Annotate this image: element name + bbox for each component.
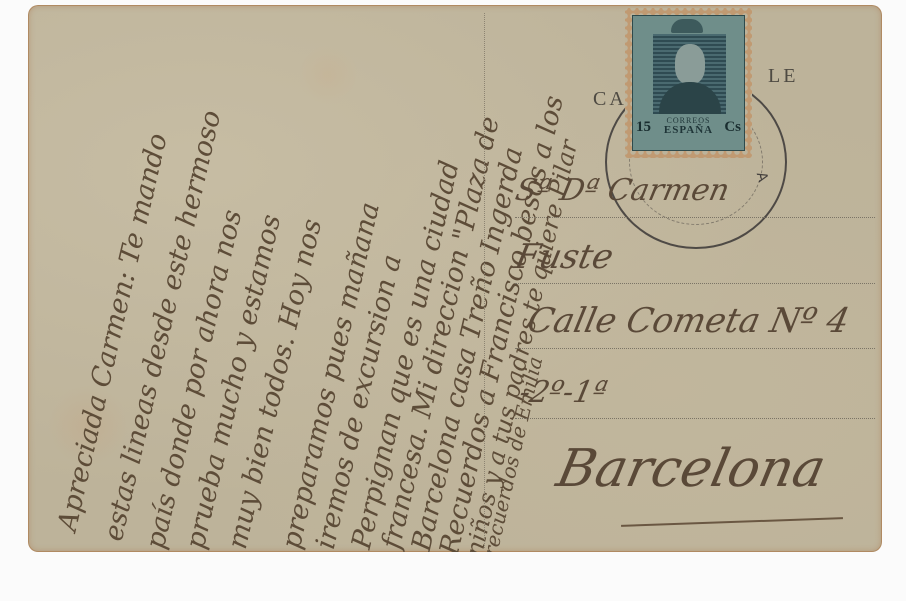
- king-portrait: [653, 34, 726, 114]
- portrait-uniform: [659, 82, 721, 114]
- address-city: Barcelona: [552, 439, 831, 499]
- stamp-country: ESPAÑA: [633, 124, 744, 136]
- center-divider: [484, 13, 485, 548]
- address-surname: Fuste: [512, 237, 617, 277]
- address-rule-1: [515, 217, 875, 218]
- crown-icon: [671, 19, 703, 33]
- portrait-face: [675, 44, 705, 84]
- postage-stamp: 15 Cs CORREOS ESPAÑA: [625, 8, 752, 158]
- address-floor: -2º-1ª: [516, 375, 610, 410]
- address-rule-4: [515, 418, 875, 419]
- address-recipient: Sª Dª Carmen: [512, 173, 732, 208]
- stamp-design: 15 Cs CORREOS ESPAÑA: [632, 15, 745, 151]
- city-underline: [621, 517, 843, 527]
- address-street: Calle Cometa Nº 4: [524, 301, 853, 341]
- address-rule-3: [515, 348, 875, 349]
- address-rule-2: [515, 283, 875, 284]
- postcard: Apreciada Carmen: Te mando estas lineas …: [28, 5, 882, 552]
- header-right: LE: [768, 65, 798, 88]
